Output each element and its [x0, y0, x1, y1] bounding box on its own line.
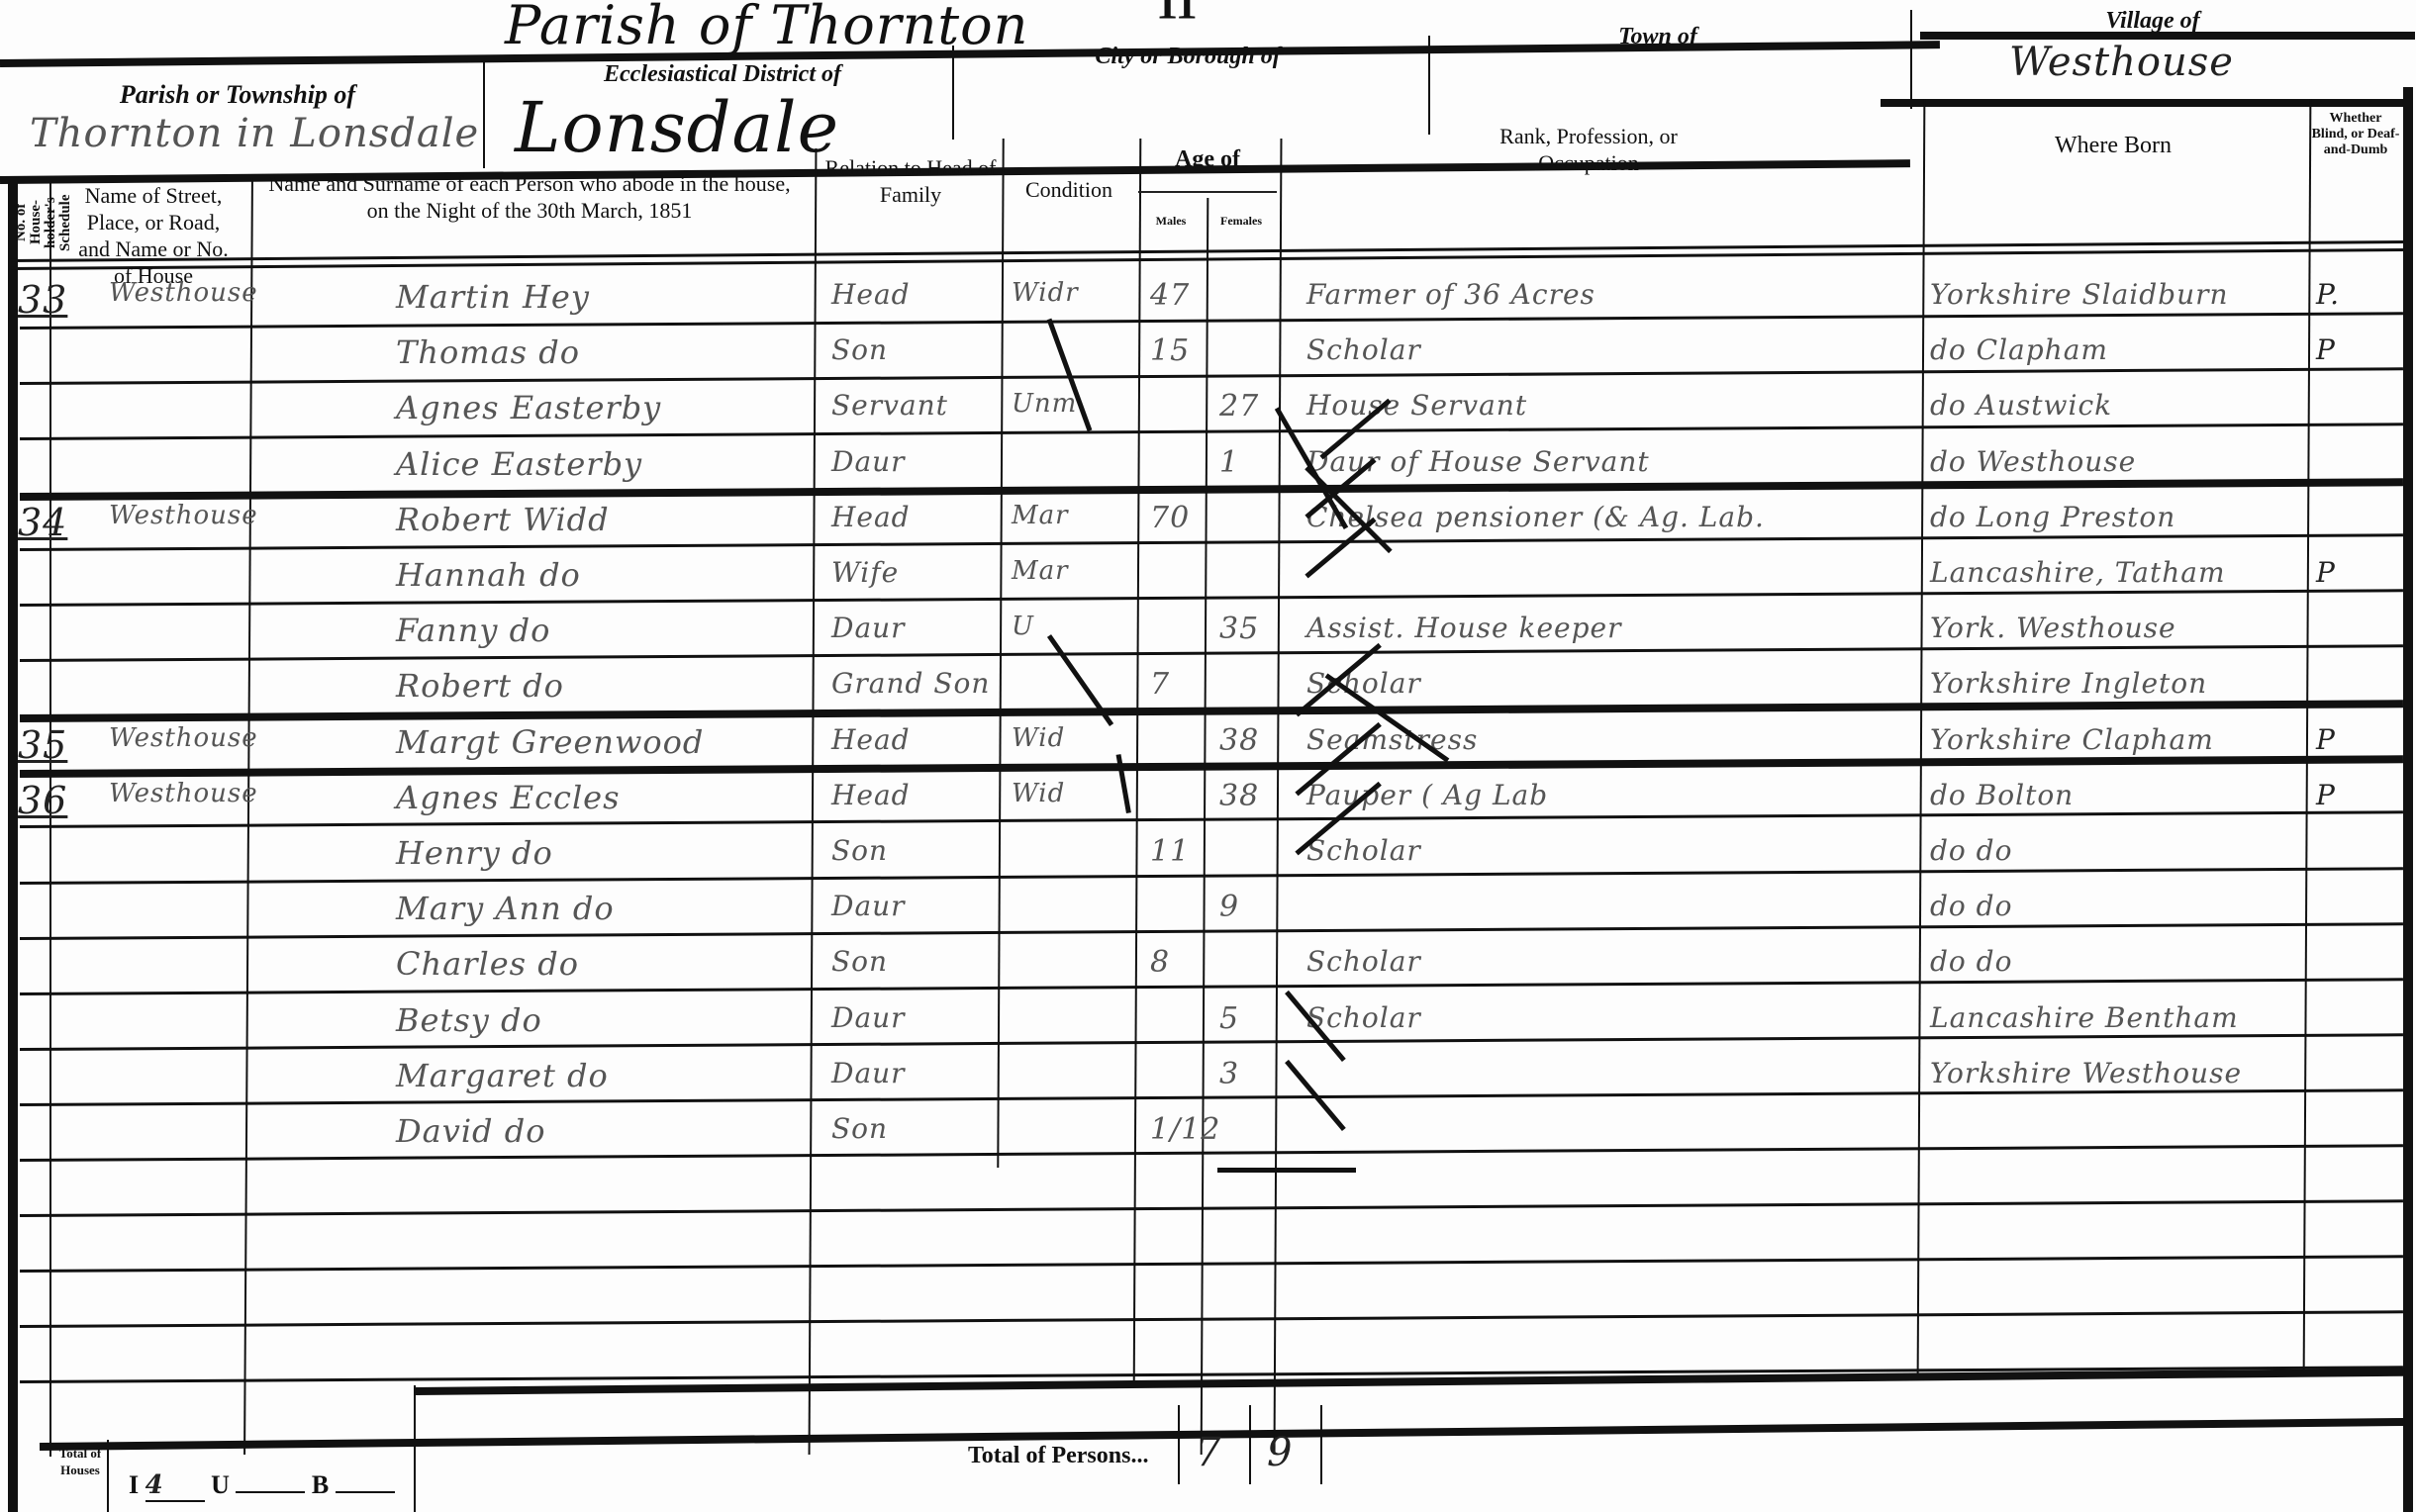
footer-rule [1178, 1405, 1180, 1484]
cell-name: Charles do [396, 945, 579, 983]
col-rule [809, 148, 818, 1455]
inhabited-prefix: I [129, 1470, 139, 1499]
row-rule [20, 312, 2403, 330]
col-header-age-males: Males [1138, 208, 1204, 235]
cell-name: Margt Greenwood [396, 723, 704, 761]
cell-born: Yorkshire Clapham [1930, 723, 2214, 756]
cell-age-m: 70 [1150, 501, 1190, 535]
total-males: 7 [1196, 1430, 1221, 1475]
cell-occupation: House Servant [1306, 389, 1527, 422]
cell-blind: P [2316, 779, 2336, 811]
cell-name: Fanny do [396, 612, 550, 649]
cell-born: Yorkshire Ingleton [1930, 667, 2207, 700]
cell-relation: Daur [831, 445, 906, 478]
cell-age-f: 9 [1219, 890, 1239, 924]
row-rule [20, 1199, 2403, 1217]
census-page: Parish of Thornton 11 Parish or Township… [0, 0, 2416, 1512]
divider [1428, 36, 1430, 135]
row-rule [20, 811, 2403, 829]
cell-relation: Daur [831, 1001, 906, 1034]
cell-condition: U [1012, 612, 1034, 641]
cell-street: Westhouse [109, 723, 258, 753]
houses-uninhabited [236, 1491, 305, 1493]
row-rule [20, 922, 2403, 940]
col-header-condition: Condition [1010, 176, 1128, 203]
handwritten-title: Parish of Thornton [505, 0, 1028, 56]
cell-condition: Widr [1012, 278, 1079, 308]
cell-schedule: 33 [18, 278, 67, 322]
cell-age-f: 5 [1219, 1001, 1239, 1036]
divider [483, 61, 485, 168]
cell-relation: Son [831, 333, 888, 366]
footer-rule [107, 1440, 109, 1512]
total-persons-label: Total of Persons... [968, 1443, 1148, 1469]
cell-born: do Clapham [1930, 333, 2108, 366]
town-label: Town of [1534, 24, 1782, 50]
col-header-relation: Relation to Head of Family [821, 154, 1000, 208]
footer-mid-border [40, 1418, 2405, 1451]
cell-name: Agnes Easterby [396, 389, 661, 426]
right-border [2403, 87, 2413, 1512]
col-header-street: Name of Street, Place, or Road, and Name… [69, 182, 238, 289]
cell-name: David do [396, 1112, 545, 1150]
col-header-where-born: Where Born [1940, 133, 2286, 159]
cell-occupation: Farmer of 36 Acres [1306, 278, 1595, 311]
cell-condition: Mar [1012, 556, 1069, 586]
cell-relation: Son [831, 834, 888, 867]
footer-rule [414, 1385, 416, 1512]
col-header-schedule: No. of House-holder's Schedule [14, 188, 48, 257]
cell-schedule: 35 [18, 723, 67, 767]
row-rule [20, 1311, 2403, 1329]
uninhabited-prefix: U [211, 1470, 230, 1499]
cell-occupation: Seamstress [1306, 723, 1478, 756]
cell-name: Agnes Eccles [396, 779, 621, 816]
row-rule [20, 367, 2403, 385]
row-rule [20, 978, 2403, 995]
cell-relation: Head [831, 501, 911, 533]
cell-occupation: Pauper ( Ag Lab [1306, 779, 1548, 811]
page-number: 11 [1156, 0, 1198, 29]
parish-value: Thornton in Lonsdale [30, 111, 479, 156]
houses-building [336, 1491, 395, 1493]
row-rule [20, 700, 2403, 722]
row-rule [20, 644, 2403, 662]
cell-name: Margaret do [396, 1057, 609, 1094]
cell-born: do do [1930, 890, 2012, 922]
parish-label: Parish or Township of [40, 81, 435, 108]
city-label: City or Borough of [990, 44, 1386, 70]
col-rule [1133, 139, 1142, 1385]
row-rule [20, 756, 2403, 779]
cell-relation: Head [831, 779, 911, 811]
cell-condition: Unm [1012, 389, 1077, 419]
tally-stroke [1217, 1168, 1356, 1173]
cell-born: York. Westhouse [1930, 612, 2176, 644]
cell-blind: P. [2316, 278, 2340, 311]
cell-schedule: 34 [18, 501, 67, 544]
cell-name: Robert Widd [396, 501, 610, 538]
cell-born: do do [1930, 834, 2012, 867]
cell-blind: P [2316, 556, 2336, 589]
col-rule [1917, 99, 1926, 1375]
cell-condition: Wid [1012, 723, 1065, 753]
cell-age-f: 35 [1219, 612, 1259, 646]
col-rule [2303, 99, 2312, 1375]
cell-age-m: 11 [1150, 834, 1190, 869]
houses-summary: I 4 U B [129, 1470, 395, 1502]
col-rule [243, 178, 253, 1455]
col-header-name: Name and Surname of each Person who abod… [257, 170, 802, 224]
cell-relation: Son [831, 1112, 888, 1145]
total-females: 9 [1267, 1430, 1293, 1475]
cell-relation: Daur [831, 612, 906, 644]
cell-name: Martin Hey [396, 278, 590, 316]
cell-schedule: 36 [18, 779, 67, 822]
row-rule [20, 478, 2403, 501]
column-header-top-right [1881, 99, 2405, 107]
cell-age-m: 15 [1150, 333, 1190, 368]
village-label: Village of [2029, 8, 2276, 35]
cell-born: Lancashire Bentham [1930, 1001, 2239, 1034]
cell-name: Hannah do [396, 556, 581, 594]
cell-age-f: 38 [1219, 723, 1259, 758]
cell-age-m: 47 [1150, 278, 1190, 313]
row-rule [20, 423, 2403, 440]
cell-blind: P [2316, 333, 2336, 366]
cell-relation: Son [831, 945, 888, 978]
cell-born: do do [1930, 945, 2012, 978]
cell-age-m: 7 [1150, 667, 1170, 702]
cell-relation: Daur [831, 890, 906, 922]
divider [952, 46, 954, 140]
row-rule [20, 867, 2403, 885]
cell-occupation: Assist. House keeper [1306, 612, 1621, 644]
cell-name: Mary Ann do [396, 890, 615, 927]
cell-name: Henry do [396, 834, 553, 872]
col-rule [1274, 139, 1283, 1455]
cell-age-m: 1/12 [1150, 1112, 1220, 1147]
cell-street: Westhouse [109, 278, 258, 308]
cell-condition: Mar [1012, 501, 1069, 530]
row-rule [20, 589, 2403, 607]
divider [1910, 10, 1912, 109]
footer-rule [1320, 1405, 1322, 1484]
total-houses-label: Total of Houses [53, 1445, 107, 1478]
cell-occupation: Chelsea pensioner (& Ag. Lab. [1306, 501, 1765, 533]
cell-relation: Daur [831, 1057, 906, 1089]
cell-relation: Servant [831, 389, 948, 422]
building-prefix: B [312, 1470, 329, 1499]
row-rule [20, 1255, 2403, 1273]
footer-rule [1249, 1405, 1251, 1484]
cell-age-f: 27 [1219, 389, 1259, 424]
cell-born: do Westhouse [1930, 445, 2136, 478]
col-header-age: Age of [1143, 146, 1272, 173]
cell-age-f: 1 [1219, 445, 1239, 480]
cell-age-m: 8 [1150, 945, 1170, 980]
cell-occupation: Scholar [1306, 1001, 1421, 1034]
col-header-blind: Whether Blind, or Deaf-and-Dumb [2311, 111, 2400, 158]
cell-street: Westhouse [109, 501, 258, 530]
cell-blind: P [2316, 723, 2336, 756]
cell-occupation: Scholar [1306, 834, 1421, 867]
age-subdivider [1138, 191, 1277, 193]
houses-inhabited: 4 [145, 1470, 205, 1502]
row-rule [20, 1033, 2403, 1051]
cell-name: Betsy do [396, 1001, 542, 1039]
cell-condition: Wid [1012, 779, 1065, 808]
cell-born: do Bolton [1930, 779, 2074, 811]
ecclesiastical-label: Ecclesiastical District of [554, 61, 891, 88]
cell-relation: Grand Son [831, 667, 990, 700]
cell-street: Westhouse [109, 779, 258, 808]
cell-age-f: 38 [1219, 779, 1259, 813]
cell-relation: Wife [831, 556, 899, 589]
cell-occupation: Scholar [1306, 333, 1421, 366]
left-border [8, 178, 18, 1512]
cell-occupation: Scholar [1306, 945, 1421, 978]
village-value: Westhouse [2009, 40, 2234, 85]
cell-relation: Head [831, 278, 911, 311]
row-rule [20, 533, 2403, 551]
cell-name: Alice Easterby [396, 445, 642, 483]
cell-born: do Austwick [1930, 389, 2112, 422]
cell-born: Yorkshire Slaidburn [1930, 278, 2229, 311]
row-rule [20, 1088, 2403, 1106]
col-rule [1201, 198, 1209, 1455]
cell-born: Lancashire, Tatham [1930, 556, 2226, 589]
col-header-age-females: Females [1206, 208, 1277, 235]
cell-name: Thomas do [396, 333, 580, 371]
cell-age-f: 3 [1219, 1057, 1239, 1091]
cell-relation: Head [831, 723, 911, 756]
ecclesiastical-value: Lonsdale [515, 87, 839, 168]
cell-born: do Long Preston [1930, 501, 2175, 533]
cell-name: Robert do [396, 667, 564, 705]
cell-born: Yorkshire Westhouse [1930, 1057, 2242, 1089]
col-header-occupation: Rank, Profession, or Occupation [1465, 123, 1712, 176]
